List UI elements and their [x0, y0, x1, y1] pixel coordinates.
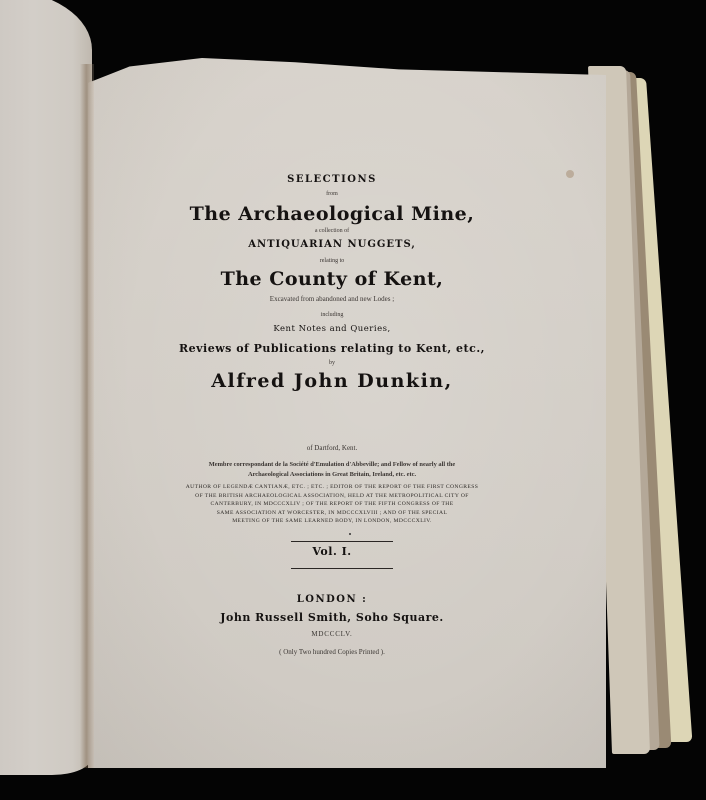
imprint-city: LONDON : [88, 594, 576, 605]
author-place: of Dartford, Kent. [88, 444, 576, 452]
from-text: from [88, 191, 576, 197]
selections-heading: SELECTIONS [88, 174, 576, 185]
including-text: including [88, 312, 576, 318]
county-title: The County of Kent, [88, 268, 576, 290]
excavated-text: Excavated from abandoned and new Lodes ; [88, 295, 576, 303]
collection-of-text: a collection of [88, 228, 576, 234]
rule-above-volume [291, 541, 393, 542]
rule-below-volume [291, 568, 393, 569]
credits-line: same Association at Worcester, in MDCCCX… [88, 509, 576, 518]
credits-line: Meeting of the same learned body, in Lon… [88, 517, 576, 526]
by-text: by [88, 360, 576, 366]
membership-line-2: Archaeological Associations in Great Bri… [88, 471, 576, 478]
publisher: John Russell Smith, Soho Square. [88, 611, 576, 624]
membership-line-1: Membre correspondant de la Société d'Emu… [88, 461, 576, 468]
ornament-dot [349, 533, 351, 535]
left-page [0, 0, 92, 775]
volume-label: Vol. I. [88, 545, 576, 558]
year: MDCCCLV. [88, 630, 576, 638]
book-gutter [80, 64, 94, 768]
credits-line: Author of Legendæ Cantianæ, etc. ; etc. … [88, 483, 576, 492]
main-title: The Archaeological Mine, [88, 203, 576, 225]
author-name: Alfred John Dunkin, [88, 370, 576, 392]
limitation-note: ( Only Two hundred Copies Printed ). [88, 648, 576, 656]
nuggets-heading: ANTIQUARIAN NUGGETS, [88, 239, 576, 250]
reviews-text: Reviews of Publications relating to Kent… [88, 342, 576, 355]
photo-scene: SELECTIONS from The Archaeological Mine,… [0, 0, 706, 800]
credits-line: Canterbury, in MDCCCXLIV ; of the Report… [88, 500, 576, 509]
page-shading [88, 58, 606, 768]
relating-to-text: relating to [88, 258, 576, 264]
notes-queries-text: Kent Notes and Queries, [88, 324, 576, 334]
credits-block: Author of Legendæ Cantianæ, etc. ; etc. … [88, 483, 576, 526]
credits-line: of the British Archaeological Associatio… [88, 492, 576, 501]
title-page: SELECTIONS from The Archaeological Mine,… [88, 58, 606, 768]
